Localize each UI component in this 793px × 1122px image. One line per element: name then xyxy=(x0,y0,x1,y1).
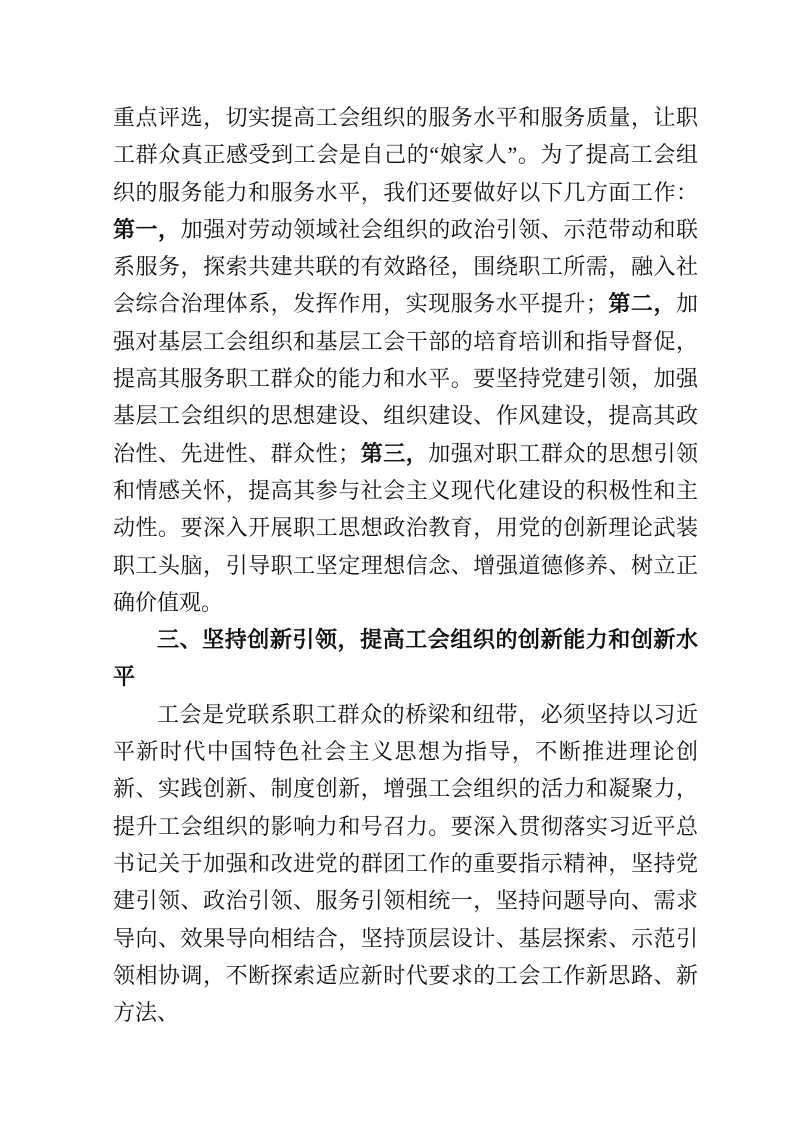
paragraph-run: 重点评选，切实提高工会组织的服务水平和服务质量，让职工群众真正感受到工会是自己的… xyxy=(113,105,698,205)
paragraph-run-bold-second: 第二， xyxy=(608,291,676,316)
body-paragraph-2: 工会是党联系职工群众的桥梁和纽带，必须坚持以习近平新时代中国特色社会主义思想为指… xyxy=(113,696,698,1032)
document-page: 重点评选，切实提高工会组织的服务水平和服务质量，让职工群众真正感受到工会是自己的… xyxy=(0,0,793,1122)
section-heading: 三、坚持创新引领，提高工会组织的创新能力和创新水平 xyxy=(113,621,698,696)
paragraph-run: 加强对基层工会组织和基层工会干部的培育培训和指导督促，提高其服务职工群众的能力和… xyxy=(113,291,698,465)
body-paragraph-1: 重点评选，切实提高工会组织的服务水平和服务质量，让职工群众真正感受到工会是自己的… xyxy=(113,99,698,621)
paragraph-run: 加强对职工群众的思想引领和情感关怀，提高其参与社会主义现代化建设的积极性和主动性… xyxy=(113,441,698,615)
paragraph-run-bold-first: 第一， xyxy=(113,217,181,242)
paragraph-run-bold-third: 第三， xyxy=(360,441,428,466)
